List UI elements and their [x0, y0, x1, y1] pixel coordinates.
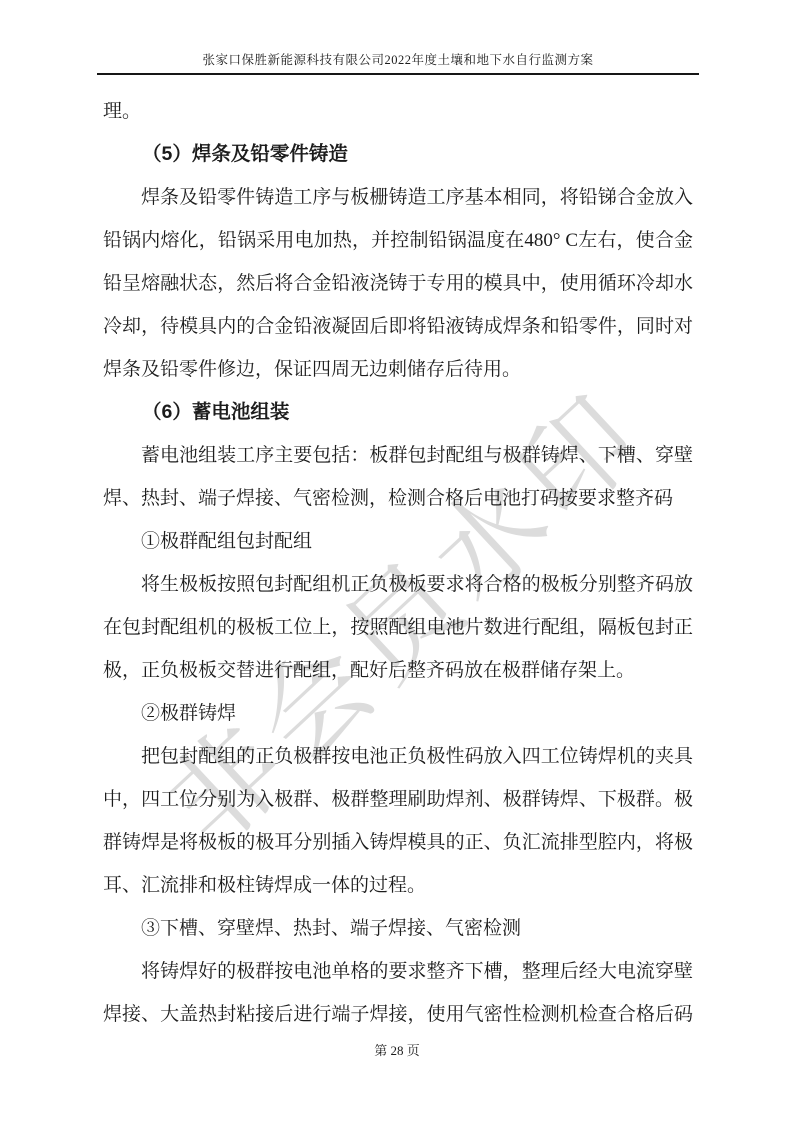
body-line: 冷却，待模具内的合金铅液凝固后即将铅液铸成焊条和铅零件，同时对	[103, 305, 693, 348]
section-heading-6: （6）蓄电池组装	[103, 391, 693, 434]
body-line: 群铸焊是将极板的极耳分别插入铸焊模具的正、负汇流排型腔内，将极	[103, 821, 693, 864]
document-body: 理。 （5）焊条及铅零件铸造 焊条及铅零件铸造工序与板栅铸造工序基本相同，将铅锑…	[103, 90, 693, 1036]
body-line: 蓄电池组装工序主要包括：板群包封配组与极群铸焊、下槽、穿壁	[103, 434, 693, 477]
substep-heading-1: ①极群配组包封配组	[103, 520, 693, 563]
body-line: 耳、汇流排和极柱铸焊成一体的过程。	[103, 864, 693, 907]
body-line: 把包封配组的正负极群按电池正负极性码放入四工位铸焊机的夹具	[103, 735, 693, 778]
body-line: 将生极板按照包封配组机正负极板要求将合格的极板分别整齐码放	[103, 563, 693, 606]
page-number: 第 28 页	[374, 1043, 420, 1058]
body-line: 理。	[103, 90, 693, 133]
body-line: 将铸焊好的极群按电池单格的要求整齐下槽，整理后经大电流穿壁	[103, 950, 693, 993]
document-page: 非会员水印 张家口保胜新能源科技有限公司2022年度土壤和地下水自行监测方案 理…	[0, 0, 794, 1123]
body-line: 焊接、大盖热封粘接后进行端子焊接，使用气密性检测机检查合格后码	[103, 993, 693, 1036]
substep-heading-3: ③下槽、穿壁焊、热封、端子焊接、气密检测	[103, 907, 693, 950]
body-line: 焊条及铅零件铸造工序与板栅铸造工序基本相同，将铅锑合金放入	[103, 176, 693, 219]
body-line: 焊条及铅零件修边，保证四周无边刺储存后待用。	[103, 348, 693, 391]
body-line: 在包封配组机的极板工位上，按照配组电池片数进行配组，隔板包封正	[103, 606, 693, 649]
body-line: 极，正负极板交替进行配组，配好后整齐码放在极群储存架上。	[103, 649, 693, 692]
page-header: 张家口保胜新能源科技有限公司2022年度土壤和地下水自行监测方案	[97, 50, 699, 75]
page-footer: 第 28 页	[0, 1040, 794, 1059]
header-title: 张家口保胜新能源科技有限公司2022年度土壤和地下水自行监测方案	[97, 50, 699, 68]
body-line: 铅呈熔融状态，然后将合金铅液浇铸于专用的模具中，使用循环冷却水	[103, 262, 693, 305]
body-line: 铅锅内熔化，铅锅采用电加热，并控制铅锅温度在480° C左右，使合金	[103, 219, 693, 262]
body-line: 焊、热封、端子焊接、气密检测，检测合格后电池打码按要求整齐码放。	[103, 477, 693, 520]
substep-heading-2: ②极群铸焊	[103, 692, 693, 735]
body-line: 中，四工位分别为入极群、极群整理刷助焊剂、极群铸焊、下极群。极	[103, 778, 693, 821]
section-heading-5: （5）焊条及铅零件铸造	[103, 133, 693, 176]
